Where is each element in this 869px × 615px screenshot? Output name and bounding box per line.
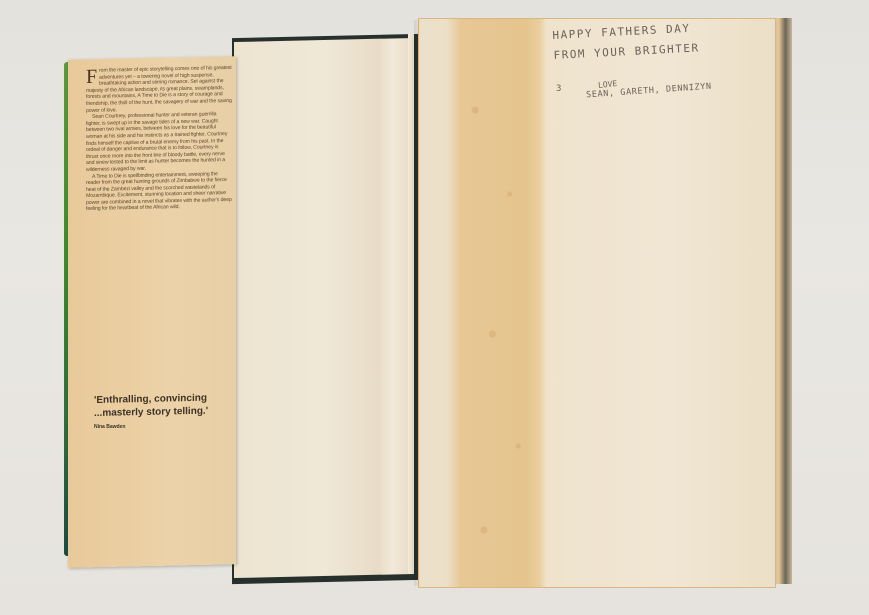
blurb-paragraph: A Time to Die is spellbinding entertainm…: [86, 170, 232, 213]
dropcap: F: [86, 68, 97, 86]
blurb-paragraph: Sean Courtney, professional hunter and v…: [86, 111, 232, 173]
foxing-stains: [458, 26, 544, 586]
gutter-shadow: [414, 20, 422, 586]
jacket-blurb: From the master of epic storytelling com…: [86, 65, 232, 213]
quote-author: Nina Bawden: [94, 424, 125, 430]
review-quote: 'Enthralling, convincing ...masterly sto…: [94, 391, 234, 420]
front-pastedown: [234, 38, 414, 578]
blurb-paragraph: From the master of epic storytelling com…: [86, 65, 232, 114]
inscription-number: 3: [556, 84, 561, 94]
